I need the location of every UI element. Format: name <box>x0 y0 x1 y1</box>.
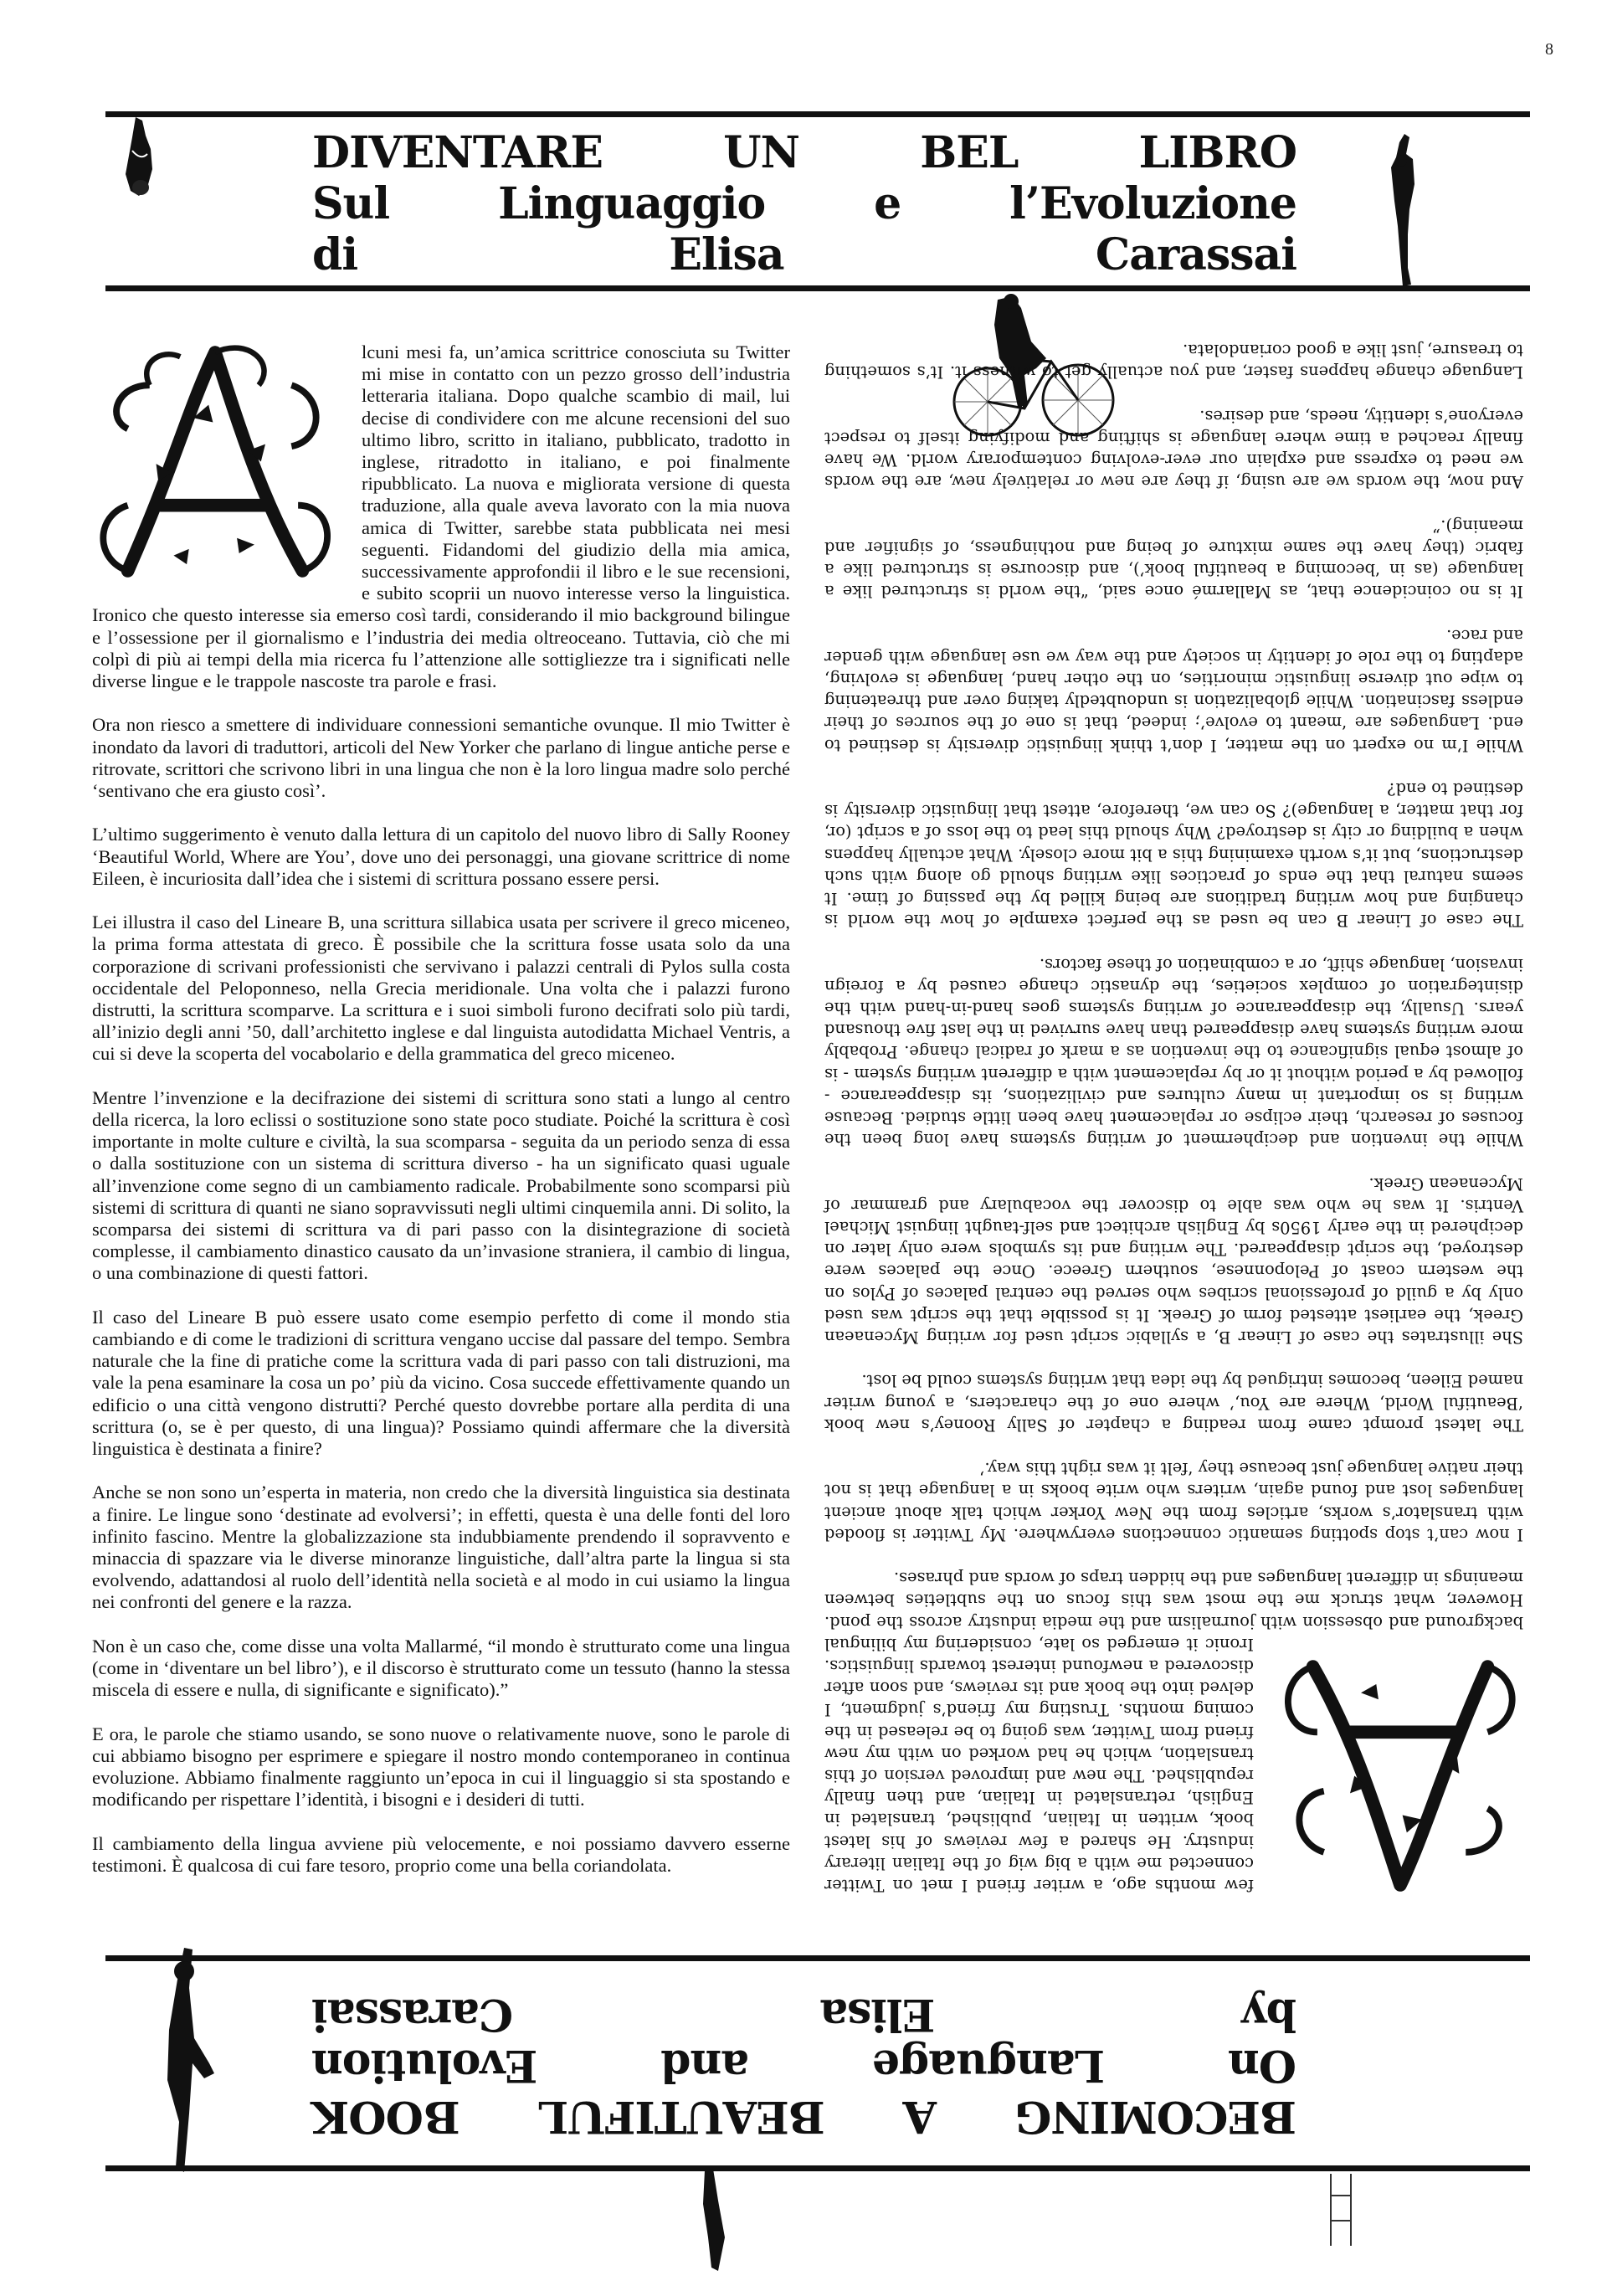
english-title-line-2: On Language and Evolution <box>312 2040 1296 2091</box>
subtitle-word: and <box>661 2040 749 2091</box>
ornate-drop-cap-a-icon <box>1266 1645 1535 1896</box>
author-last-name: Carassai <box>312 1989 513 2040</box>
english-header-bottom-rule <box>105 1955 1530 1961</box>
english-rotated-section: BECOMING A BEAUTIFUL BOOK On Language an… <box>0 0 1607 2296</box>
paragraph: I now can’t stop spotting semantic conne… <box>824 1457 1523 1545</box>
byline-word: by <box>1242 1989 1296 2040</box>
subtitle-word: Language <box>873 2040 1105 2091</box>
paragraph: While the invention and decipherment of … <box>824 953 1523 1150</box>
english-page-title: BECOMING A BEAUTIFUL BOOK On Language an… <box>312 1989 1296 2142</box>
english-title-line-1: BECOMING A BEAUTIFUL BOOK <box>312 2091 1296 2142</box>
ladder-sketch-icon <box>1322 2170 1356 2246</box>
paragraph: The case of Linear B can be used as the … <box>824 778 1523 931</box>
paragraph: She illustrates the case of Linear B, a … <box>824 1172 1523 1348</box>
acrobat-figure-icon <box>142 1946 218 2172</box>
subtitle-word: Evolution <box>312 2040 537 2091</box>
paragraph: While I’m no expert on the matter, I don… <box>824 624 1523 755</box>
author-first-name: Elisa <box>820 1989 935 2040</box>
english-header-top-rule <box>105 2165 1530 2171</box>
diving-figure-icon <box>695 2167 737 2271</box>
english-article-column: few months ago, a writer friend I met on… <box>824 317 1523 1896</box>
english-byline: by Elisa Carassai <box>312 1989 1296 2040</box>
title-word: BEAUTIFUL <box>539 2091 825 2142</box>
title-word: BOOK <box>312 2091 460 2142</box>
title-word: BECOMING <box>1015 2091 1296 2142</box>
paragraph: And now, the words we are using, if they… <box>824 404 1523 492</box>
subtitle-word: On <box>1229 2040 1296 2091</box>
paragraph: The latest prompt came from reading a ch… <box>824 1369 1523 1436</box>
title-word: A <box>904 2091 937 2142</box>
paragraph: It is no coincidence that, as Mallarmé o… <box>824 514 1523 602</box>
paragraph: Language change happens faster, and you … <box>824 339 1523 383</box>
